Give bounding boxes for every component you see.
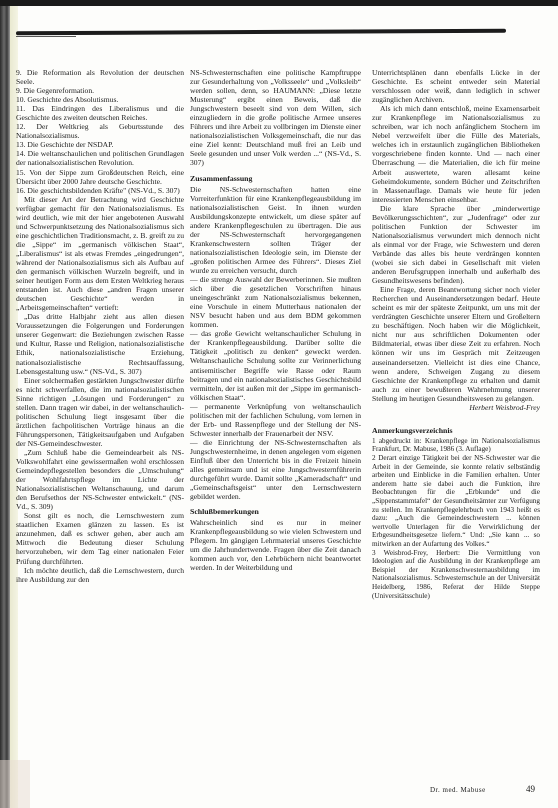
paragraph: Ich möchte deutlich, daß die Lernschwest… <box>16 566 184 584</box>
book-binding <box>0 0 10 808</box>
page-number: 49 <box>526 784 535 794</box>
paragraph: Eine Frage, deren Beantwortung sicher no… <box>372 285 540 403</box>
note-item: 2 Derart einzige Tätigkeit bei der NS-Sc… <box>372 454 540 549</box>
paragraph: Die klare Sprache über „minderwertige Be… <box>372 204 540 285</box>
header-rule <box>16 29 506 36</box>
column-2: NS-Schwesternschaften eine politische Ka… <box>190 68 361 573</box>
note-item: 1 abgedruckt in: Krankenpflege im Nation… <box>372 437 540 454</box>
paragraph: — die strenge Auswahl der Bewerberinnen.… <box>190 275 361 329</box>
list-item: 14. Die weltanschaulichen und politische… <box>16 149 184 167</box>
scan-shadow <box>0 760 30 808</box>
list-item: 12. Der Weltkrieg als Geburtsstunde des … <box>16 122 184 140</box>
header-rule-curl <box>16 36 76 37</box>
paragraph: Als ich mich dann entschloß, meine Exame… <box>372 104 540 204</box>
notes-section: Anmerkungsverzeichnis 1 abgedruckt in: K… <box>372 426 540 600</box>
note-item: 3 Weisbrod-Frey, Herbert: Die Vermittlun… <box>372 549 540 601</box>
author-signature: Herbert Weisbrod-Frey <box>372 403 540 412</box>
paragraph: NS-Schwesternschaften eine politische Ka… <box>190 68 361 168</box>
paragraph: Einer solchermaßen gestärkten Jungschwes… <box>16 376 184 448</box>
paragraph: Die NS-Schwesternschaften hatten eine Vo… <box>190 185 361 275</box>
list-item: 9. Die Reformation als Revolution der de… <box>16 68 184 86</box>
list-item: 10. Geschichte des Absolutismus. <box>16 95 184 104</box>
section-heading-summary: Zusammenfassung <box>190 174 361 183</box>
column-1: 9. Die Reformation als Revolution der de… <box>16 68 184 584</box>
list-item: 13. Die Geschichte der NSDAP. <box>16 140 184 149</box>
footer-publication: Dr. med. Mabuse <box>430 786 486 794</box>
paragraph: Unterrichtsplänen dann ebenfalls Lücke i… <box>372 68 540 104</box>
paragraph: „Zum Schluß habe die Gemeindearbeit als … <box>16 448 184 511</box>
paragraph: Sonst gilt es noch, die Lernschwestern z… <box>16 511 184 565</box>
notes-heading: Anmerkungsverzeichnis <box>372 426 540 435</box>
list-item: 11. Das Eindringen des Liberalismus und … <box>16 104 184 122</box>
paragraph: „Das dritte Halbjahr zieht aus allen die… <box>16 312 184 375</box>
paragraph: — permanente Verknüpfung von weltanschau… <box>190 402 361 438</box>
paragraph: Mit dieser Art der Betrachtung wird Gesc… <box>16 195 184 313</box>
column-3: Unterrichtsplänen dann ebenfalls Lücke i… <box>372 68 540 600</box>
list-item: 15. Von der Sippe zum Großdeutschen Reic… <box>16 168 184 186</box>
paragraph: — die Einrichtung der NS-Schwesternschaf… <box>190 438 361 501</box>
section-heading-final: Schlußbemerkungen <box>190 507 361 516</box>
paragraph: Wahrscheinlich sind es nur in meiner Kra… <box>190 518 361 572</box>
paragraph: — das große Gewicht weltanschaulicher Sc… <box>190 329 361 401</box>
list-item: 9. Die Gegenreformation. <box>16 86 184 95</box>
list-item: 16. Die geschichtsbildenden Kräfte" (NS-… <box>16 186 184 195</box>
top-page-edge <box>0 0 558 6</box>
